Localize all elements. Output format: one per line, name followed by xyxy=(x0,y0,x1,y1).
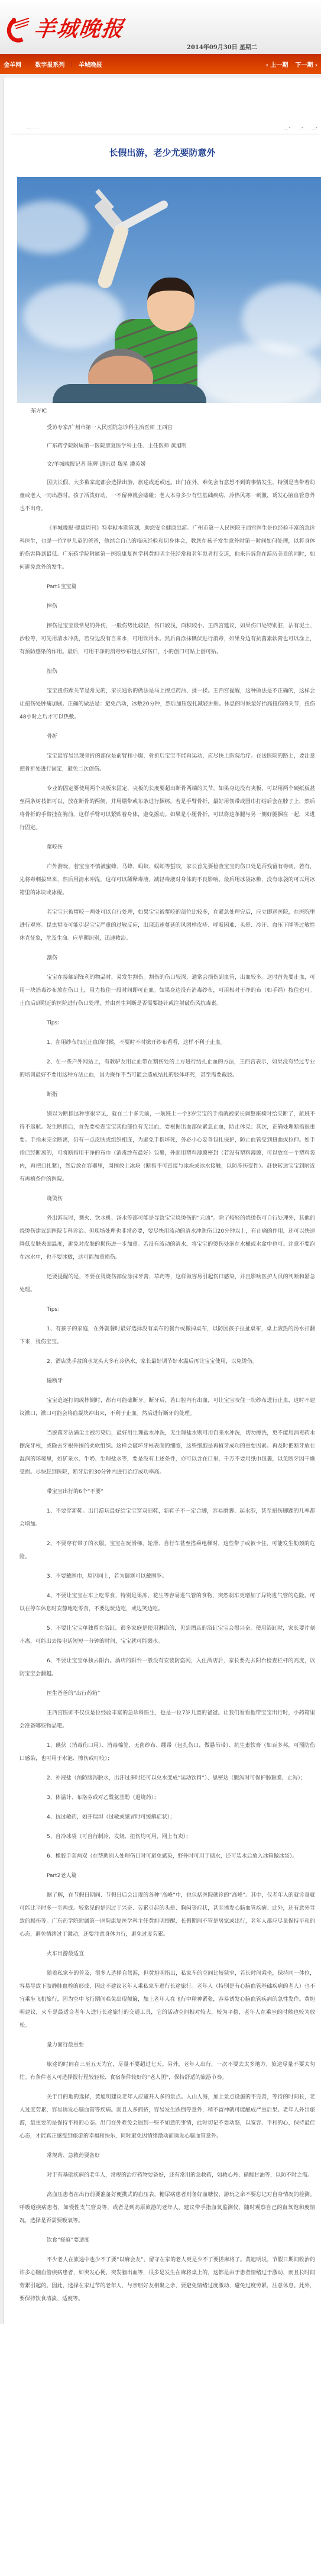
article-paragraph: 扭伤 xyxy=(20,665,315,678)
photo-credit: 东方IC xyxy=(31,407,321,414)
article-paragraph: 烧烫伤 xyxy=(20,1192,315,1205)
toolbar-left-links[interactable]: ··· · ··· xyxy=(27,127,39,130)
article-paragraph: 专业的固定要使用两个夹板来固定，夹板的长度要超出断骨两端的关节，如果身边没有夹板… xyxy=(20,782,315,834)
article-paragraph: 据了解，在节假日期间、节假日后会出现的各种“高峰”中，也包括医院就诊的“高峰”。… xyxy=(20,1889,315,1941)
article-paragraph: 宝宝在接触到锋利的物品时，易发生割伤。割伤的伤口较深，通常会损伤到血管，出血较多… xyxy=(20,971,315,1010)
article-paragraph: 常规药、急救药要备好 xyxy=(20,2149,315,2162)
toolbar-dropdown-2[interactable]: ·· xyxy=(299,127,303,131)
article-paragraph: 火车出游最适宜 xyxy=(20,1948,315,1961)
article-paragraph: 4、不要让宝宝在车上吃零食，特别是果冻、花生等容易进气管的食物，突然刹车更增加了… xyxy=(20,1590,315,1616)
toolbar-dropdown-3[interactable]: ···· xyxy=(312,127,317,131)
logo-swoosh-icon xyxy=(5,11,32,44)
article-paragraph: 国庆长假，大多数家庭都会选择出游，旅途或近或远。出门在外，难免会有意想不到的事情… xyxy=(20,476,315,515)
article-toolbar: ··· · ··· ···· ·· ···· xyxy=(4,78,321,134)
article-photo xyxy=(17,177,321,403)
article-paragraph: 蜇咬伤 xyxy=(20,841,315,854)
article-paragraph: 1、碘伏（消毒伤口用）、消毒棉签、无菌纱布、绷带（包扎伤口，做悬吊带）、抗生素软… xyxy=(20,1739,315,1765)
article-paragraph: 2、在一些户外网站上，有教驴友用止血带在割伤处的上方进行结扎止血的方法，王西宫表… xyxy=(20,1056,315,1082)
article-paragraph: 外出游玩时，篝火、饮水机、汤水等都可能是导致宝宝烧烫伤的“元凶”。除了较轻的烧烫… xyxy=(20,1212,315,1264)
article-paragraph: 磕断牙 xyxy=(20,1375,315,1388)
byline: 广东药学院附属第一医院康复医学科主任、主任医师 黄旭明 xyxy=(20,440,315,453)
article-paragraph: 1、不要穿新鞋。出门游玩最好给宝宝穿双旧鞋，新鞋子不一定合脚，容易磨脚、起水泡，… xyxy=(20,1505,315,1531)
article-paragraph: Tips： xyxy=(20,1017,315,1030)
masthead: 羊城晚报 2014年09月30日 星期二 xyxy=(0,0,321,54)
article-paragraph: 2、补液盐（预防腹泻脱水，出汗过多时还可以兑水变成“运动饮料”）、思密达（腹泻时… xyxy=(20,1772,315,1785)
prev-issue-link[interactable]: ‹ 上一期 xyxy=(266,60,288,69)
issue-date: 2014年09月30日 星期二 xyxy=(187,42,257,51)
article-paragraph: 宝宝最容易出现骨折的部位是前臂和小腿，骨折后宝宝不能再运动，应尽快上医院治疗。在… xyxy=(20,750,315,776)
article-page: ··· · ··· ···· ·· ···· 长假出游，老少尤要防意外 东方IC… xyxy=(0,78,321,2324)
article-paragraph: Part2老人篇 xyxy=(20,1869,315,1882)
article-paragraph: 王西宫医师不仅仅是位经验丰富的急诊科医生，也是一位7岁儿童的爸爸。让我们看看他带… xyxy=(20,1707,315,1733)
article-paragraph: 3、体温计、布洛芬或对乙酰氨基酚（退烧药）； xyxy=(20,1791,315,1804)
nav-separator: | xyxy=(27,61,29,67)
top-nav: 金羊网 | 数字报系列 | 羊城晚报 ‹ 上一期 下一期 › xyxy=(0,54,321,74)
article-paragraph: 关于目的地的选择，黄旭明建议老年人应避开人多的景点。人山人海，加上景点设施的不完… xyxy=(20,2091,315,2143)
article-paragraph: Part1宝宝篇 xyxy=(20,581,315,594)
article-body: 受访专家/广州市第一人民医院急诊科主治医师 王西宫广东药学院附属第一医院康复医学… xyxy=(4,414,321,2324)
article-paragraph: 旅途的时间在三至五天为宜，尽量不要超过七天。另外，老年人出行，一次不要去太多地方… xyxy=(20,2058,315,2084)
article-paragraph: 擦伤是宝宝最常见的外伤，一般伤势比较轻，伤口较浅，面积较小。王西宫建议，如果伤口… xyxy=(20,620,315,659)
nav-separator: | xyxy=(70,61,72,67)
article-paragraph: 高血压患者在出行前要准备好便携式的血压表，糖尿病患者则备好血糖仪，游玩之余不要忘… xyxy=(20,2188,315,2227)
article-paragraph: 若宝宝只被蜇咬一两处可以自行处理，如果宝宝被蜇咬的部位比较多，在紧急处理完后，应… xyxy=(20,906,315,945)
article-title: 长假出游，老少尤要防意外 xyxy=(4,134,321,177)
nav-item-ycwb[interactable]: 羊城晚报 xyxy=(79,60,102,69)
article-paragraph: 户外游玩，若宝宝不慎被蜜蜂、马蜂、蚂蚁、蜈蚣等蜇咬，家长首先要检查宝宝的伤口处是… xyxy=(20,860,315,899)
article-paragraph: Tips： xyxy=(20,1303,315,1316)
toolbar-dropdown-1[interactable]: ···· xyxy=(285,127,291,131)
article-paragraph: 别以为断指这种事很罕见，就在二十多天前，一航班上一个3岁宝宝的手指就被家长调整座… xyxy=(20,1108,315,1186)
article-paragraph: 量力而行最重要 xyxy=(20,2039,315,2052)
article-paragraph: 当脱落牙沾满尘土被污染后，最好用生理盐水冲洗，无生理盐水则可用自来水冲洗，切勿擦… xyxy=(20,1427,315,1479)
byline: 受访专家/广州市第一人民医院急诊科主治医师 王西宫 xyxy=(20,421,315,434)
article-paragraph: 对于有基础疾病的老年人，常规的治疗药物要备好，还有常用的急救药，如救心丹、硝酸甘… xyxy=(20,2169,315,2182)
article-paragraph: 随着私家车的普及，很多人选择自驾游，但黄旭明指出，私家车的空间比较狭窄，若长时间… xyxy=(20,1967,315,2032)
article-paragraph: 3、不要戴围巾，原因同上，若为御寒可以戴围脖。 xyxy=(20,1570,315,1583)
article-paragraph: 断指 xyxy=(20,1088,315,1101)
article-paragraph: 1、在用纱布加压止血的时候，不要时不时掀开纱布看看，这样不利于止血。 xyxy=(20,1036,315,1049)
article-paragraph: 《羊城晚报·健康周刊》特奉献本期策划，助您安全健康出游。广州市第一人民医院王西宫… xyxy=(20,522,315,574)
nav-item-jinyang[interactable]: 金羊网 xyxy=(4,60,21,69)
article-paragraph: 割伤 xyxy=(20,952,315,965)
article-paragraph: 医生爸爸的“出行药箱” xyxy=(20,1687,315,1700)
article-paragraph: 5、自冷冰袋（可自行制冷，发烧、扭伤均可用，网上有卖）； xyxy=(20,1830,315,1843)
article-paragraph: 6、不要让宝宝单独去阳台。酒店的阳台一般没有安装防盗网，入住酒店后，家长要先去阳… xyxy=(20,1655,315,1681)
article-paragraph: 宝宝扭伤踝关节是常见的，家长通常的做法是马上擦点药油、揉一揉。王西宫提醒，这种做… xyxy=(20,685,315,724)
logo-text: 羊城晚报 xyxy=(32,12,126,43)
article-paragraph: 不少老人在旅途中也少不了要“以麻会友”，留守在家的老人更是少不了要搓麻将了。黄旭… xyxy=(20,2253,315,2306)
article-paragraph: 饮食“搓麻”要适度 xyxy=(20,2234,315,2247)
article-paragraph: 6、橡胶手套两双（在帮助别人处理伤口时可避免感染，野外时可用于储水，还可装水后放… xyxy=(20,1850,315,1863)
next-issue-link[interactable]: 下一期 › xyxy=(295,60,317,69)
article-paragraph: 骨折 xyxy=(20,730,315,743)
article-paragraph: 带宝宝出行的6个“不要” xyxy=(20,1485,315,1498)
article-paragraph: 2、酒店洗手盆的水龙头大多有冷热水，家长最好调节好水温后再让宝宝使用，以免烫伤。 xyxy=(20,1355,315,1368)
toolbar-right-controls: ···· ·· ···· xyxy=(285,127,318,131)
nav-item-digital-series[interactable]: 数字报系列 xyxy=(35,60,64,69)
article-paragraph: 1、有孩子的家庭，在外就餐时最好选择没有桌布的餐台或撤掉桌布，以防因孩子拉扯桌布… xyxy=(20,1323,315,1349)
logo[interactable]: 羊城晚报 xyxy=(5,11,124,44)
byline: 文/羊城晚报记者 陈辉 通讯员 魏星 潘英媛 xyxy=(20,458,315,471)
article-paragraph: 宝宝追逐打闹或摔倒时，都有可能磕断牙。断牙后，若口腔内有出血，可让宝宝咬住一块纱… xyxy=(20,1394,315,1420)
article-paragraph: 2、不要穿有带子的衣服。宝宝在玩滑梯、轮滑、自行车甚至搭乘电梯时，这些带子或被卡… xyxy=(20,1537,315,1563)
article-paragraph: 还要提醒的是，不要在烫烧伤部位涂抹牙膏、草药等，这样做容易引起伤口感染，并且影响… xyxy=(20,1271,315,1297)
article-paragraph: 摔伤 xyxy=(20,600,315,613)
article-paragraph: 4、抗过敏药，如开瑞坦（过敏或感冒时可缓解症状）； xyxy=(20,1811,315,1824)
article-paragraph: 5、不要让宝宝单独留在浴缸。很多家庭是使用淋浴的，见到酒店的浴缸宝宝会很兴奋。使… xyxy=(20,1622,315,1648)
